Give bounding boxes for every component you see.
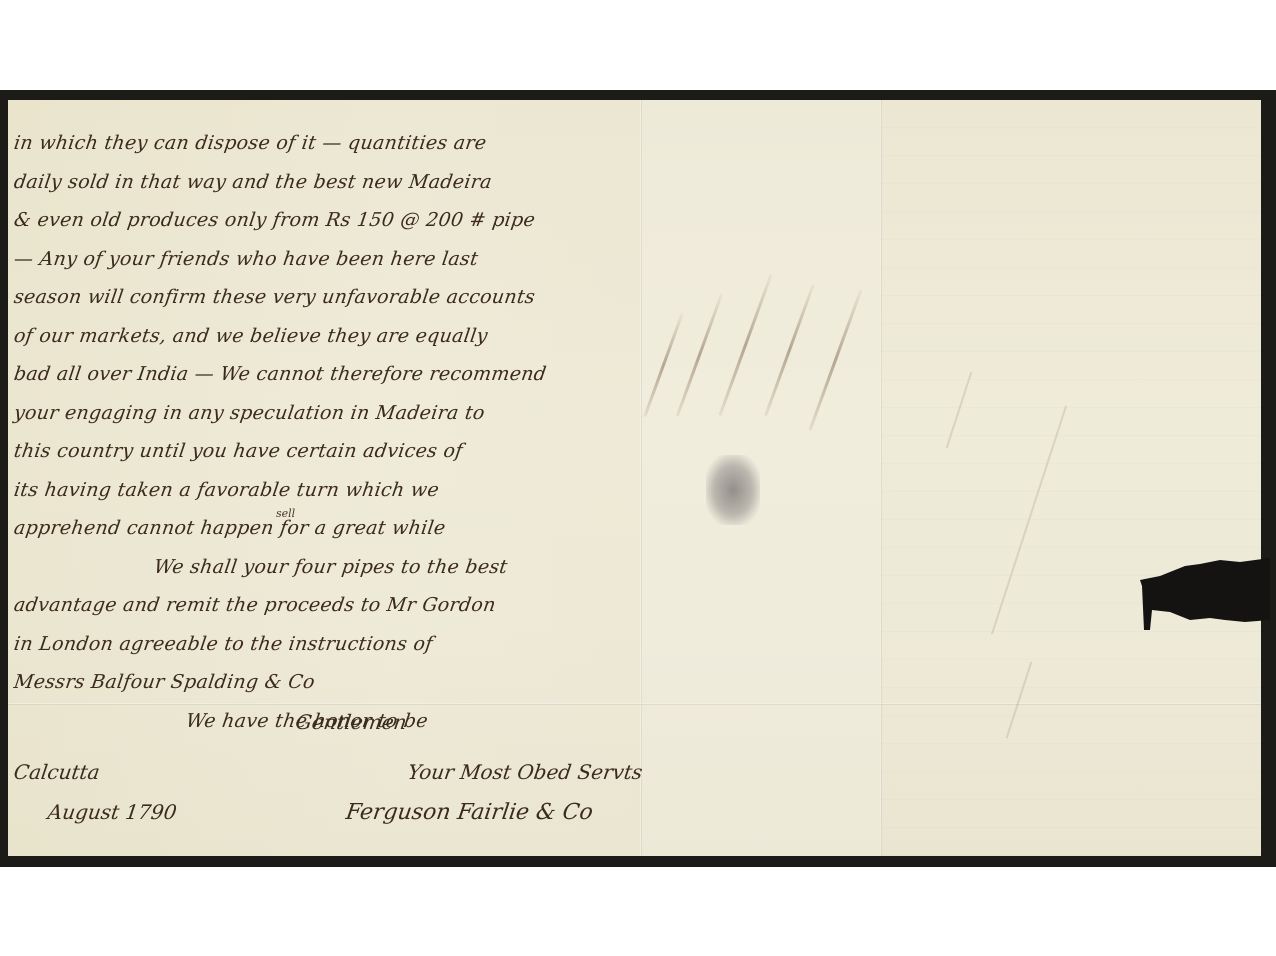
letter-line: apprehend cannot happen for a great whil… <box>11 509 656 548</box>
ink-smudge <box>706 455 760 525</box>
letter-line: daily sold in that way and the best new … <box>11 163 656 202</box>
salutation-close: Gentlemen <box>294 710 408 734</box>
letter-line: in which they can dispose of it — quanti… <box>11 124 656 163</box>
document-frame: in which they can dispose of it — quanti… <box>0 90 1276 867</box>
docket-endorsement <box>648 250 848 450</box>
address-panel <box>640 100 880 856</box>
signature: Ferguson Fairlie & Co <box>344 800 594 825</box>
letter-line: of our markets, and we believe they are … <box>11 317 656 356</box>
letter-line: in London agreeable to the instructions … <box>11 625 656 664</box>
letter-line: your engaging in any speculation in Made… <box>11 394 656 433</box>
letter-line: advantage and remit the proceeds to Mr G… <box>11 586 656 625</box>
letter-line: this country until you have certain advi… <box>11 432 656 471</box>
complimentary-close: Your Most Obed Servts <box>406 760 644 784</box>
letter-line: bad all over India — We cannot therefore… <box>11 355 656 394</box>
paper-tear <box>1140 550 1270 640</box>
letter-line: — Any of your friends who have been here… <box>11 240 656 279</box>
letter-line: We shall your four pipes to the best <box>11 548 656 587</box>
place: Calcutta <box>12 760 101 784</box>
fold-line-vertical <box>880 100 882 856</box>
date: August 1790 <box>46 800 178 824</box>
letter-paper: in which they can dispose of it — quanti… <box>8 100 1261 856</box>
back-panel <box>880 100 1261 856</box>
letter-line: its having taken a favorable turn which … <box>11 471 656 510</box>
letter-body: in which they can dispose of it — quanti… <box>14 124 654 740</box>
interlinear-insertion: sell <box>276 507 295 520</box>
letter-line: season will confirm these very unfavorab… <box>11 278 656 317</box>
letter-line: & even old produces only from Rs 150 @ 2… <box>11 201 656 240</box>
letter-line: Messrs Balfour Spalding & Co <box>11 663 656 702</box>
